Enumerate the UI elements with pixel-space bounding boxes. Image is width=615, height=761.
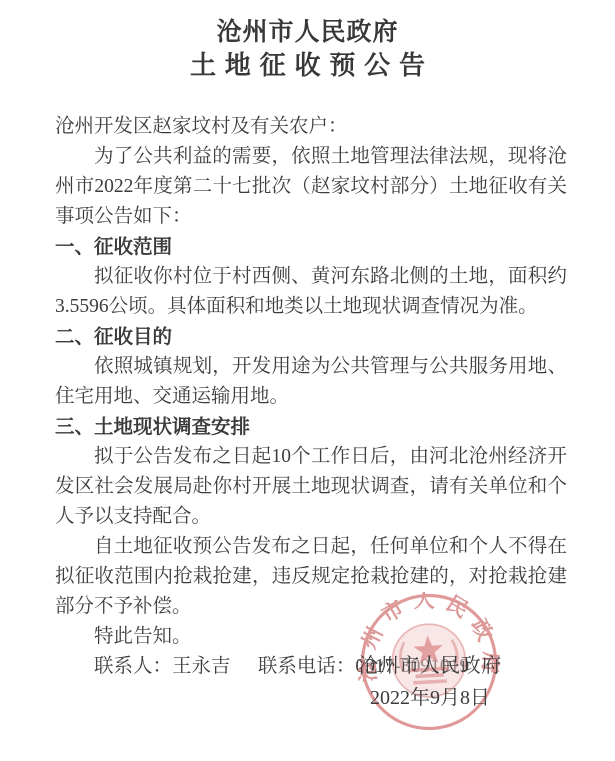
section-heading-purpose: 二、征收目的 (55, 322, 567, 352)
title-subject: 土地征收预公告 (0, 50, 615, 82)
signature-date: 2022年9月8日 (355, 686, 505, 710)
paragraph-purpose: 依照城镇规划，开发用途为公共管理与公共服务用地、住宅用地、交通运输用地。 (55, 352, 567, 412)
section-heading-scope: 一、征收范围 (55, 232, 567, 262)
document-title: 沧州市人民政府 土地征收预公告 (0, 0, 615, 82)
contact-person-name: 王永吉 (172, 656, 231, 677)
signature-issuer: 沧州市人民政府 (355, 654, 505, 678)
contact-phone-label: 联系电话： (258, 656, 356, 677)
section-heading-survey: 三、土地现状调查安排 (55, 412, 567, 442)
paragraph-scope: 拟征收你村位于村西侧、黄河东路北侧的土地，面积约3.5596公顷。具体面积和地类… (55, 262, 567, 322)
document-body: 沧州开发区赵家坟村及有关农户： 为了公共利益的需要，依照土地管理法律法规，现将沧… (0, 112, 615, 682)
paragraph-survey: 拟于公告发布之日起10个工作日后，由河北沧州经济开发区社会发展局赴你村开展土地现… (55, 442, 567, 532)
document-page: 沧州市人民政府 土地征收预公告 沧州开发区赵家坟村及有关农户： 为了公共利益的需… (0, 0, 615, 761)
paragraph-intro: 为了公共利益的需要，依照土地管理法律法规，现将沧州市2022年度第二十七批次（赵… (55, 142, 567, 232)
title-issuer: 沧州市人民政府 (0, 16, 615, 50)
contact-person-label: 联系人： (94, 656, 172, 677)
salutation: 沧州开发区赵家坟村及有关农户： (55, 112, 567, 142)
